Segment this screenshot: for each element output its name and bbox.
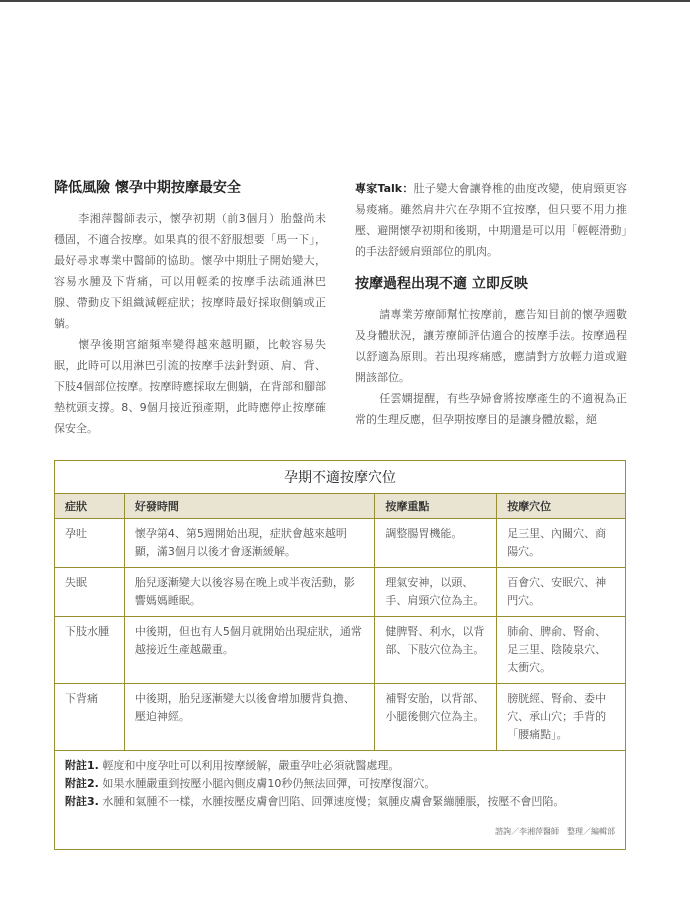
table-cell: 理氣安神，以頭、手、肩頸穴位為主。: [375, 568, 497, 617]
column-header: 按摩穴位: [497, 494, 626, 519]
note: 附註2. 如果水腫嚴重到按壓小腿內側皮膚10秒仍無法回彈，可按摩復溜穴。: [65, 775, 615, 793]
note: 附註3. 水腫和氣腫不一樣，水腫按壓皮膚會凹陷、回彈速度慢；氣腫皮膚會緊繃腫脹，…: [65, 793, 615, 811]
table-cell: 百會穴、安眠穴、神門穴。: [497, 568, 626, 617]
table-title: 孕期不適按摩穴位: [55, 461, 626, 494]
table-cell: 中後期，胎兒逐漸變大以後會增加腰背負擔、壓迫神經。: [124, 684, 374, 751]
section-heading: 按摩過程出現不適 立即反映: [355, 274, 627, 294]
left-column: 降低風險 懷孕中期按摩最安全 李湘萍醫師表示，懷孕初期（前3個月）胎盤尚未穩固，…: [54, 178, 326, 439]
table-cell: 中後期，但也有人5個月就開始出現症狀，通常越接近生產越嚴重。: [124, 617, 374, 684]
note-label: 附註2.: [65, 777, 99, 790]
table-cell: 下肢水腫: [55, 617, 125, 684]
table-cell: 肺俞、脾俞、腎俞、足三里、陰陵泉穴、太衝穴。: [497, 617, 626, 684]
table-cell: 調整腸胃機能。: [375, 519, 497, 568]
paragraph: 任雲嫻提醒，有些孕婦會將按摩產生的不適視為正常的生理反應，但孕期按摩目的是讓身體…: [355, 388, 627, 430]
note: 附註1. 輕度和中度孕吐可以利用按摩緩解，嚴重孕吐必須就醫處理。: [65, 757, 615, 775]
expert-talk-label: 專家Talk：: [355, 182, 414, 195]
table-header-row: 症狀 好發時間 按摩重點 按摩穴位: [55, 494, 626, 519]
paragraph: 請專業芳療師幫忙按摩前，應告知目前的懷孕週數及身體狀況，讓芳療師評估適合的按摩手…: [355, 304, 627, 388]
table-row: 下肢水腫 中後期，但也有人5個月就開始出現症狀，通常越接近生產越嚴重。 健脾腎、…: [55, 617, 626, 684]
notes-cell: 附註1. 輕度和中度孕吐可以利用按摩緩解，嚴重孕吐必須就醫處理。 附註2. 如果…: [55, 751, 626, 850]
notes-row: 附註1. 輕度和中度孕吐可以利用按摩緩解，嚴重孕吐必須就醫處理。 附註2. 如果…: [55, 751, 626, 850]
table-row: 失眠 胎兒逐漸變大以後容易在晚上或半夜活動，影響媽媽睡眠。 理氣安神，以頭、手、…: [55, 568, 626, 617]
column-header: 按摩重點: [375, 494, 497, 519]
table-cell: 懷孕第4、第5週開始出現，症狀會越來越明顯，滿3個月以後才會逐漸緩解。: [124, 519, 374, 568]
column-header: 好發時間: [124, 494, 374, 519]
expert-talk: 專家Talk：肚子變大會讓脊椎的曲度改變，使肩頸更容易痠痛。雖然肩井穴在孕期不宜…: [355, 178, 627, 262]
right-column: 專家Talk：肚子變大會讓脊椎的曲度改變，使肩頸更容易痠痛。雖然肩井穴在孕期不宜…: [355, 178, 627, 430]
note-text: 水腫和氣腫不一樣，水腫按壓皮膚會凹陷、回彈速度慢；氣腫皮膚會緊繃腫脹，按壓不會凹…: [102, 795, 564, 808]
table-cell: 失眠: [55, 568, 125, 617]
note-text: 如果水腫嚴重到按壓小腿內側皮膚10秒仍無法回彈，可按摩復溜穴。: [102, 777, 435, 790]
note-label: 附註3.: [65, 795, 99, 808]
table-cell: 膀胱經、腎俞、委中穴、承山穴；手背的「腰痛點」。: [497, 684, 626, 751]
top-border: [0, 0, 690, 2]
table-row: 下背痛 中後期，胎兒逐漸變大以後會增加腰背負擔、壓迫神經。 補腎安胎，以背部、小…: [55, 684, 626, 751]
paragraph: 懷孕後期宮縮頻率變得越來越明顯，比較容易失眠，此時可以用淋巴引流的按摩手法針對頭…: [54, 334, 326, 439]
table-row: 孕吐 懷孕第4、第5週開始出現，症狀會越來越明顯，滿3個月以後才會逐漸緩解。 調…: [55, 519, 626, 568]
note-label: 附註1.: [65, 759, 99, 772]
table-cell: 孕吐: [55, 519, 125, 568]
table-cell: 健脾腎、利水，以背部、下肢穴位為主。: [375, 617, 497, 684]
table-cell: 足三里、內關穴、商陽穴。: [497, 519, 626, 568]
table-cell: 胎兒逐漸變大以後容易在晚上或半夜活動，影響媽媽睡眠。: [124, 568, 374, 617]
note-text: 輕度和中度孕吐可以利用按摩緩解，嚴重孕吐必須就醫處理。: [102, 759, 399, 772]
section-heading: 降低風險 懷孕中期按摩最安全: [54, 178, 326, 198]
column-header: 症狀: [55, 494, 125, 519]
table-cell: 下背痛: [55, 684, 125, 751]
paragraph: 李湘萍醫師表示，懷孕初期（前3個月）胎盤尚未穩固，不適合按摩。如果真的很不舒服想…: [54, 208, 326, 334]
massage-points-table: 孕期不適按摩穴位 症狀 好發時間 按摩重點 按摩穴位 孕吐 懷孕第4、第5週開始…: [54, 460, 626, 850]
table-cell: 補腎安胎，以背部、小腿後側穴位為主。: [375, 684, 497, 751]
credit-line: 諮詢／李湘萍醫師 整理／編輯部: [65, 823, 615, 841]
